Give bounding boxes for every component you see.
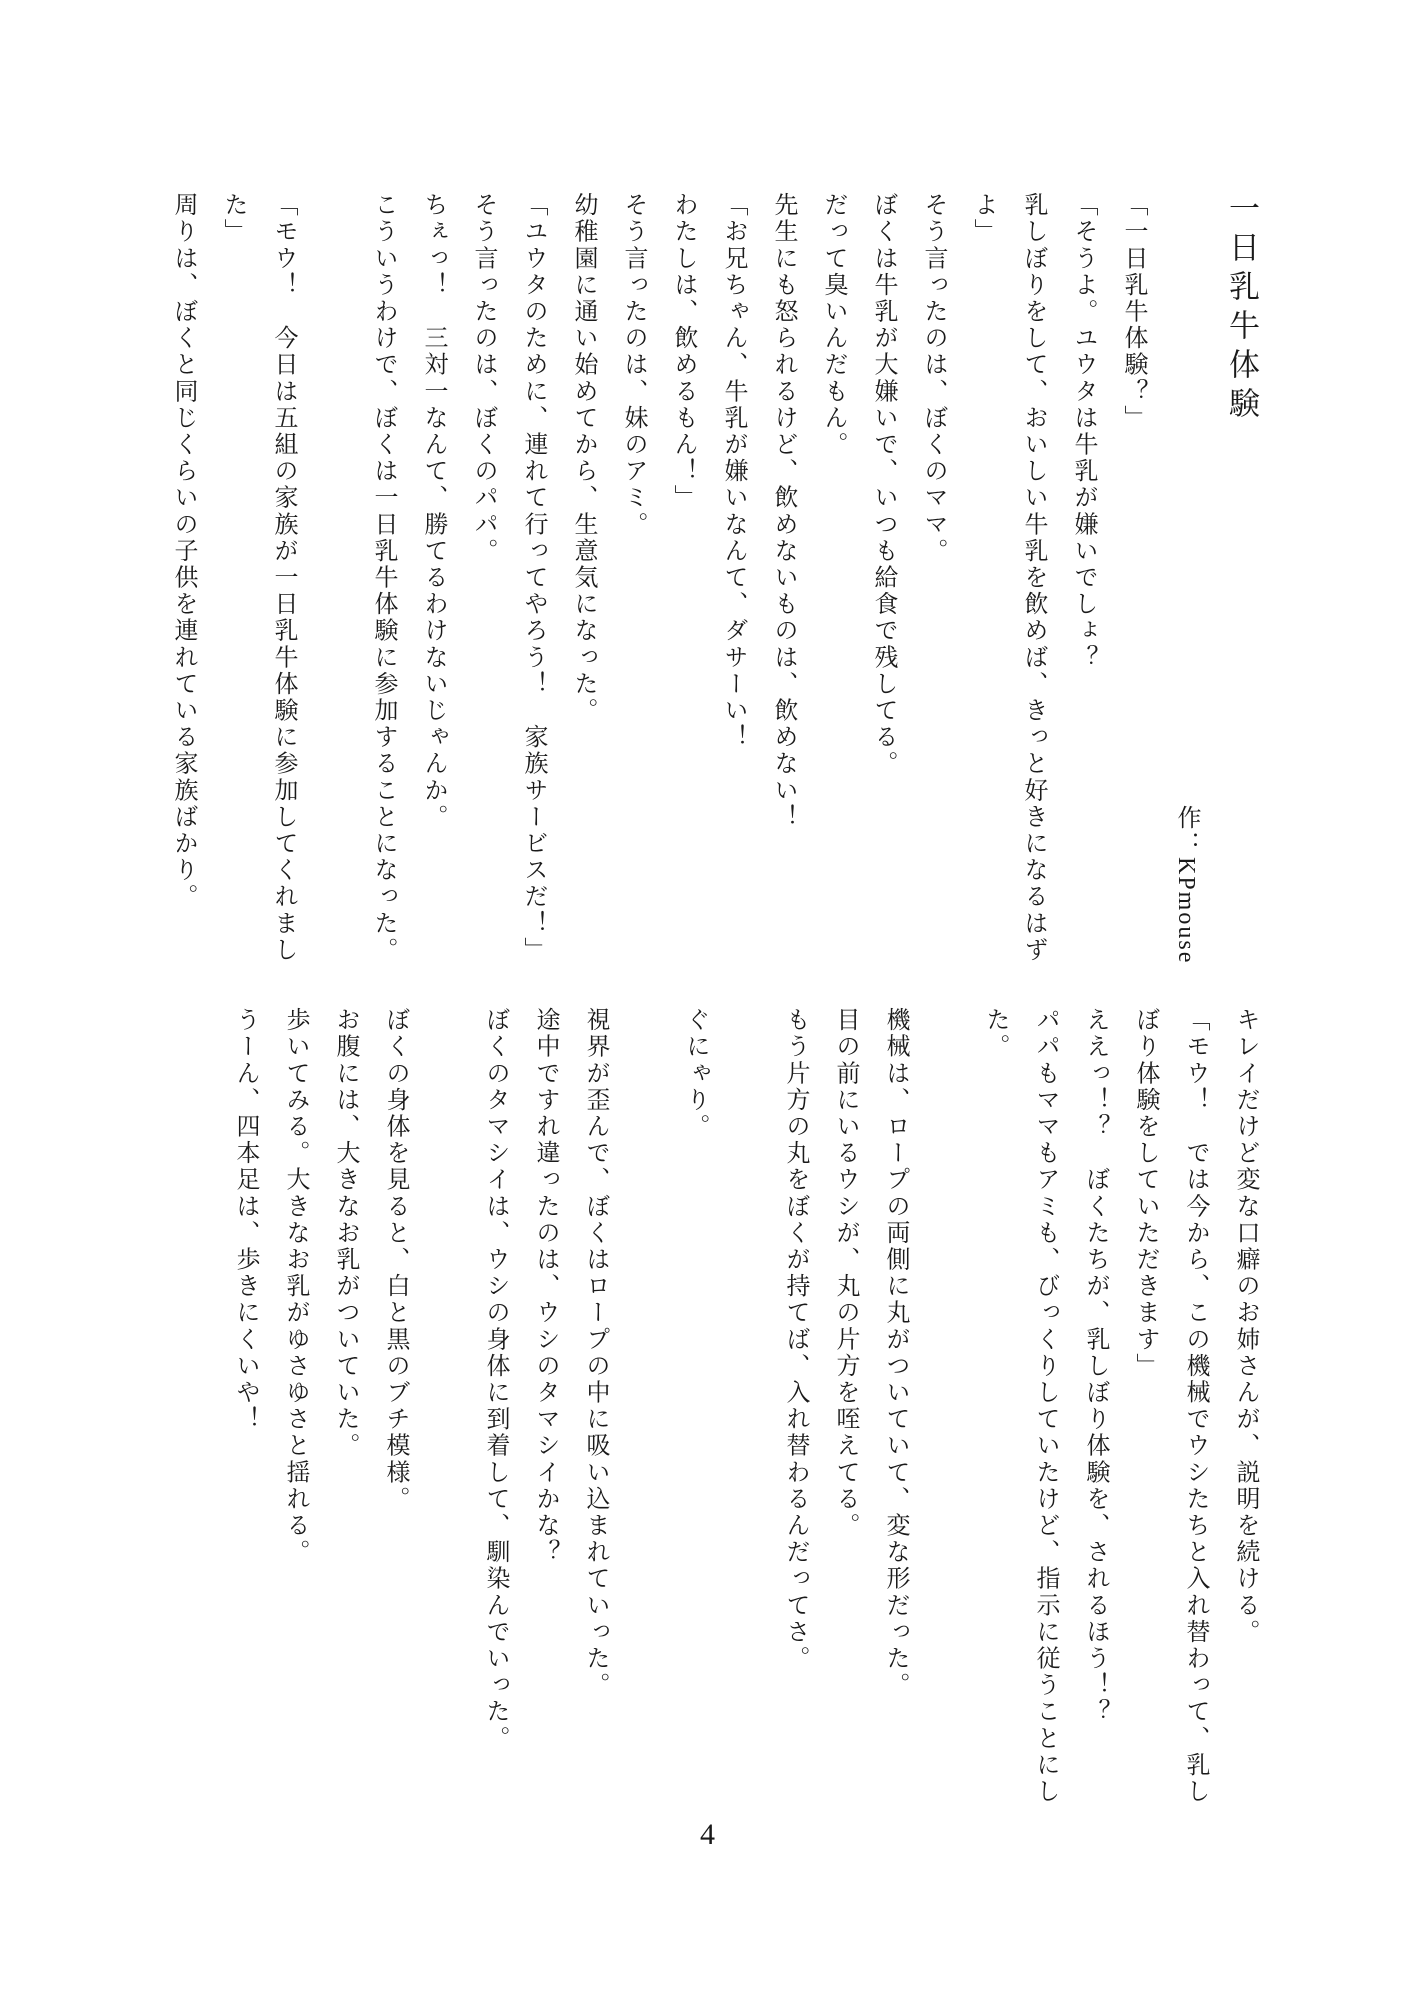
text-column: 乳しぼりをして、おいしい牛乳を飲めば、きっと好きになるはず bbox=[1008, 192, 1058, 964]
text-column: 「モウ！ では今から、この機械でウシたちと入れ替わって、乳し bbox=[1170, 1007, 1220, 1807]
text-column: キレイだけど変な口癖のお姉さんが、説明を続ける。 bbox=[1220, 1007, 1270, 1807]
text-column: ええっ！？ ぼくたちが、乳しぼり体験を、されるほう！？ bbox=[1070, 1007, 1120, 1807]
text-column: わたしは、飲めるもん！」 bbox=[658, 192, 708, 964]
blank-column bbox=[720, 1007, 770, 1807]
text-column: ぼり体験をしていただきます」 bbox=[1120, 1007, 1170, 1807]
text-column: 視界が歪んで、ぼくはロープの中に吸い込まれていった。 bbox=[570, 1007, 620, 1807]
text-column: そう言ったのは、妹のアミ。 bbox=[608, 192, 658, 964]
story-author: 作：KPmouse bbox=[1158, 192, 1213, 964]
text-column: パパもママもアミも、びっくりしていたけど、指示に従うことにし bbox=[1020, 1007, 1070, 1807]
text-column: ぐにゃり。 bbox=[670, 1007, 720, 1807]
text-column: お腹には、大きなお乳がついていた。 bbox=[320, 1007, 370, 1807]
text-column: だって臭いんだもん。 bbox=[808, 192, 858, 964]
text-column: 「ユウタのために、連れて行ってやろう！ 家族サービスだ！」 bbox=[508, 192, 558, 964]
text-column: 機械は、ロープの両側に丸がついていて、変な形だった。 bbox=[870, 1007, 920, 1807]
text-column: そう言ったのは、ぼくのパパ。 bbox=[458, 192, 508, 964]
text-column: ぼくのタマシイは、ウシの身体に到着して、馴染んでいった。 bbox=[470, 1007, 520, 1807]
text-column: ぼくの身体を見ると、白と黒のブチ模様。 bbox=[370, 1007, 420, 1807]
text-column: こういうわけで、ぼくは一日乳牛体験に参加することになった。 bbox=[358, 192, 408, 964]
text-column: 「一日乳牛体験？」 bbox=[1108, 192, 1158, 964]
text-column: そう言ったのは、ぼくのママ。 bbox=[908, 192, 958, 964]
text-column: た」 bbox=[208, 192, 258, 964]
story-title: 一日乳牛体験 bbox=[1213, 192, 1270, 964]
upper-text-block: 一日乳牛体験作：KPmouse「一日乳牛体験？」「そうよ。ユウタは牛乳が嫌いでし… bbox=[158, 192, 1270, 964]
text-column: 「そうよ。ユウタは牛乳が嫌いでしょ？ bbox=[1058, 192, 1108, 964]
text-column: ちぇっ！ 三対一なんて、勝てるわけないじゃんか。 bbox=[408, 192, 458, 964]
text-column: 目の前にいるウシが、丸の片方を咥えてる。 bbox=[820, 1007, 870, 1807]
document-page: 一日乳牛体験作：KPmouse「一日乳牛体験？」「そうよ。ユウタは牛乳が嫌いでし… bbox=[0, 0, 1416, 2000]
lower-text-block: キレイだけど変な口癖のお姉さんが、説明を続ける。「モウ！ では今から、この機械で… bbox=[220, 1007, 1270, 1807]
text-column: よ」 bbox=[958, 192, 1008, 964]
text-column: うーん、四本足は、歩きにくいや！ bbox=[220, 1007, 270, 1807]
text-column: もう片方の丸をぼくが持てば、入れ替わるんだってさ。 bbox=[770, 1007, 820, 1807]
text-column: 「モウ！ 今日は五組の家族が一日乳牛体験に参加してくれまし bbox=[258, 192, 308, 964]
blank-column bbox=[308, 192, 358, 964]
text-column: 途中ですれ違ったのは、ウシのタマシイかな？ bbox=[520, 1007, 570, 1807]
blank-column bbox=[920, 1007, 970, 1807]
text-column: 先生にも怒られるけど、飲めないものは、飲めない！ bbox=[758, 192, 808, 964]
page-number: 4 bbox=[0, 1818, 1416, 1852]
text-column: 周りは、ぼくと同じくらいの子供を連れている家族ばかり。 bbox=[158, 192, 208, 964]
text-column: ぼくは牛乳が大嫌いで、いつも給食で残してる。 bbox=[858, 192, 908, 964]
blank-column bbox=[420, 1007, 470, 1807]
text-column: 歩いてみる。大きなお乳がゆさゆさと揺れる。 bbox=[270, 1007, 320, 1807]
text-column: 幼稚園に通い始めてから、生意気になった。 bbox=[558, 192, 608, 964]
text-column: た。 bbox=[970, 1007, 1020, 1807]
text-column: 「お兄ちゃん、牛乳が嫌いなんて、ダサーい！ bbox=[708, 192, 758, 964]
blank-column bbox=[620, 1007, 670, 1807]
